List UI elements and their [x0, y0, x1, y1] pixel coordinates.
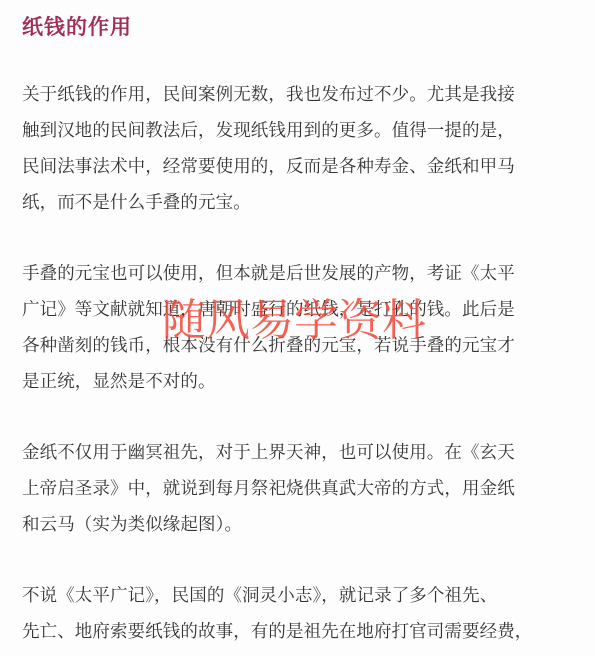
- article-content: 纸钱的作用 关于纸钱的作用，民间案例无数，我也发布过不少。尤其是我接 触到汉地的…: [0, 0, 595, 649]
- paragraph-4: 不说《太平广记》，民国的《洞灵小志》，就记录了多个祖先、 先亡、地府索要纸钱的故…: [22, 577, 570, 649]
- paragraph-2: 手叠的元宝也可以使用，但本就是后世发展的产物，考证《太平 广记》等文献就知道，唐…: [22, 255, 570, 399]
- page-title: 纸钱的作用: [22, 15, 595, 40]
- paragraph-1: 关于纸钱的作用，民间案例无数，我也发布过不少。尤其是我接 触到汉地的民间教法后，…: [22, 76, 570, 220]
- paragraph-3: 金纸不仅用于幽冥祖先，对于上界天神，也可以使用。在《玄天 上帝启圣录》中，就说到…: [22, 434, 570, 542]
- article-page: { "colors": { "page-bg": "#fdfdfd", "tit…: [0, 0, 595, 656]
